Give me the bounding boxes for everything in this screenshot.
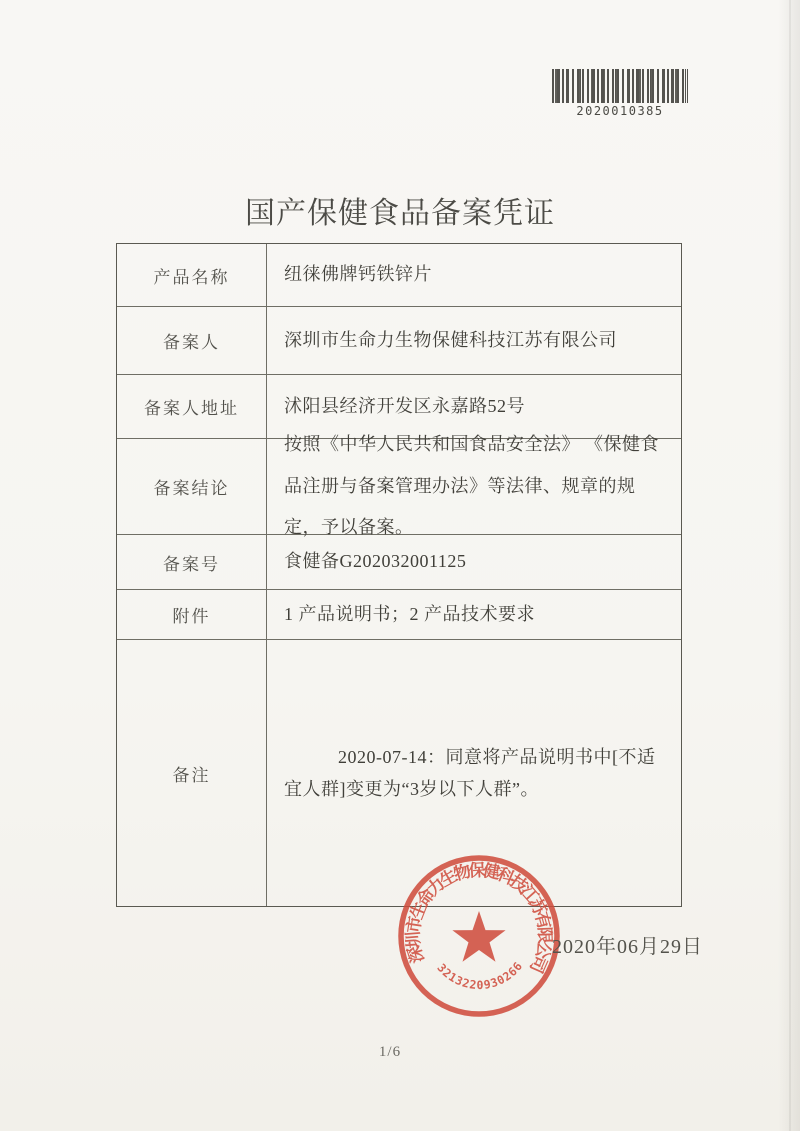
table-row: 附件 1 产品说明书；2 产品技术要求 (117, 589, 681, 639)
table-row: 产品名称 纽徕佛牌钙铁锌片 (117, 244, 681, 306)
company-seal: 深圳市生命力生物保健科技江苏有限公司 3213220930266 (394, 851, 564, 1021)
row-value: 按照《中华人民共和国食品安全法》 《保健食品注册与备案管理办法》等法律、规章的规… (267, 439, 681, 534)
row-value: 纽徕佛牌钙铁锌片 (267, 244, 681, 306)
row-value: 1 产品说明书；2 产品技术要求 (267, 590, 681, 639)
barcode-bars-icon (552, 69, 688, 103)
table-row: 备案人 深圳市生命力生物保健科技江苏有限公司 (117, 306, 681, 374)
row-value: 食健备G202032001125 (267, 535, 681, 589)
seal-number: 3213220930266 (434, 959, 525, 992)
row-label: 备案结论 (117, 439, 267, 534)
row-label: 产品名称 (117, 244, 267, 306)
svg-text:3213220930266: 3213220930266 (434, 959, 525, 992)
table-row: 备案号 食健备G202032001125 (117, 534, 681, 589)
row-label: 备案号 (117, 535, 267, 589)
certificate-page: 2020010385 国产保健食品备案凭证 产品名称 纽徕佛牌钙铁锌片 备案人 … (0, 0, 800, 1131)
row-label: 备注 (117, 640, 267, 906)
registration-table: 产品名称 纽徕佛牌钙铁锌片 备案人 深圳市生命力生物保健科技江苏有限公司 备案人… (116, 243, 682, 907)
row-label: 附件 (117, 590, 267, 639)
page-number: 1/6 (0, 1044, 780, 1061)
star-icon (452, 911, 505, 962)
remark-text: 2020-07-14：同意将产品说明书中[不适宜人群]变更为“3岁以下人群”。 (284, 741, 669, 806)
row-label: 备案人地址 (117, 375, 267, 438)
page-edge-shadow (778, 0, 800, 1131)
table-row: 备案结论 按照《中华人民共和国食品安全法》 《保健食品注册与备案管理办法》等法律… (117, 438, 681, 534)
page-title: 国产保健食品备案凭证 (0, 188, 800, 232)
issue-date: 2020年06月29日 (552, 930, 703, 959)
row-label: 备案人 (117, 307, 267, 374)
barcode: 2020010385 (552, 69, 688, 118)
barcode-number: 2020010385 (552, 104, 688, 118)
row-value: 深圳市生命力生物保健科技江苏有限公司 (267, 307, 681, 374)
